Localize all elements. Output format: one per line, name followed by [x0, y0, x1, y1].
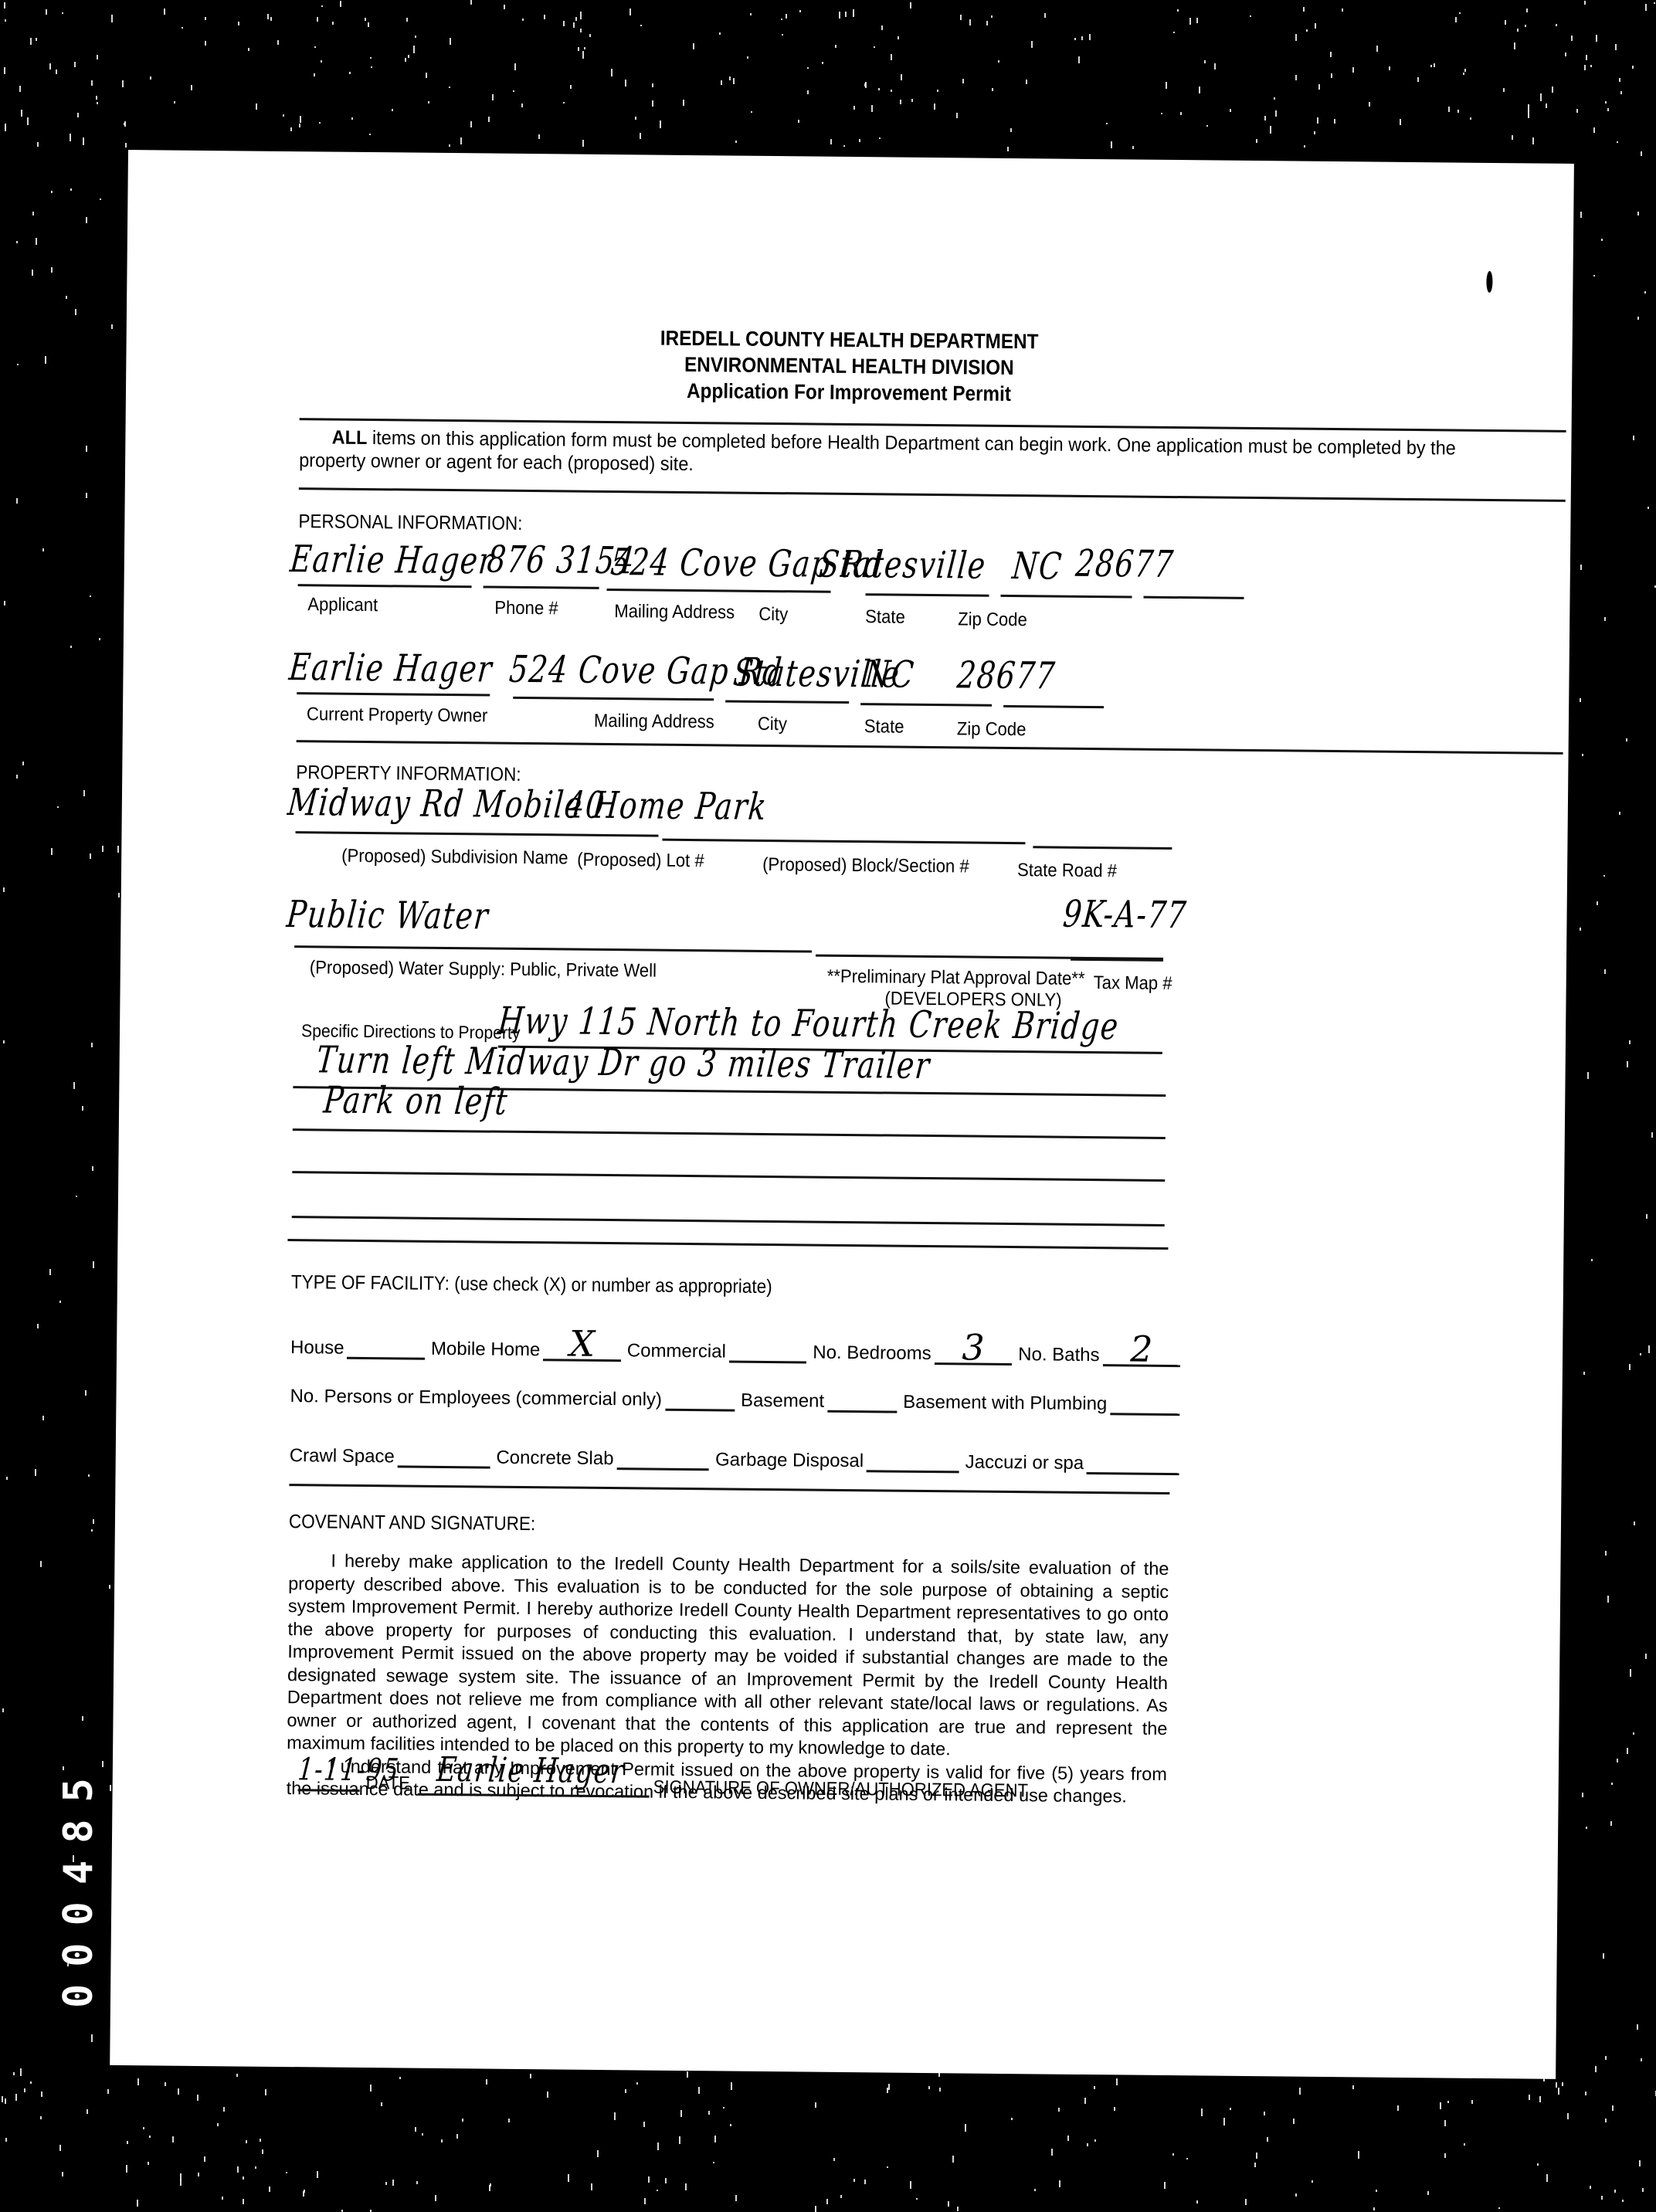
signature-value[interactable]: Earlie Hager [436, 1750, 627, 1791]
divider [289, 1484, 1169, 1494]
directions-rule-5 [292, 1216, 1165, 1226]
owner-zip-value[interactable]: 28677 [955, 653, 1057, 697]
noise-speck [713, 2162, 714, 2163]
noise-speck [881, 25, 883, 30]
facility-blank-field[interactable]: X [543, 1328, 621, 1362]
noise-speck [86, 217, 87, 223]
noise-speck [871, 105, 873, 112]
noise-speck [87, 2109, 88, 2114]
noise-speck [1293, 2119, 1295, 2124]
noise-speck [1447, 2101, 1449, 2103]
noise-speck [191, 85, 192, 90]
noise-speck [644, 2198, 646, 2204]
noise-speck [16, 775, 18, 779]
noise-speck [21, 110, 22, 117]
noise-speck [1087, 2143, 1088, 2146]
noise-speck [1330, 52, 1332, 57]
noise-speck [456, 2134, 458, 2139]
noise-speck [107, 2089, 109, 2093]
noise-speck [62, 12, 63, 14]
noise-speck [1256, 2153, 1257, 2159]
noise-speck [368, 22, 369, 27]
facility-label: No. Baths [1018, 1344, 1100, 1366]
noise-speck [538, 134, 540, 139]
noise-speck [1610, 1821, 1612, 1825]
facility-label: Basement with Plumbing [903, 1392, 1107, 1416]
noise-speck [573, 22, 575, 28]
noise-speck [580, 29, 582, 32]
noise-speck [807, 67, 809, 69]
noise-speck [1632, 66, 1634, 69]
noise-speck [5, 124, 6, 131]
noise-speck [786, 14, 787, 19]
noise-speck [1580, 928, 1581, 931]
subdivision-name-value[interactable]: Midway Rd Mobile Home Park [286, 781, 769, 829]
facility-blank-field[interactable] [729, 1361, 807, 1364]
noise-speck [563, 102, 565, 103]
noise-speck [62, 2172, 63, 2176]
noise-speck [32, 212, 34, 215]
noise-speck [1214, 63, 1216, 70]
document-id-stamp: 000485 [56, 1707, 102, 2062]
noise-speck [1593, 275, 1595, 276]
tax-map-line [1071, 958, 1163, 962]
noise-speck [381, 2102, 382, 2106]
noise-speck [504, 5, 505, 10]
noise-speck [100, 198, 101, 200]
noise-speck [750, 13, 752, 15]
noise-speck [508, 2119, 510, 2122]
owner-name-value[interactable]: Earlie Hager [287, 646, 494, 690]
noise-speck [118, 893, 120, 897]
noise-speck [833, 2158, 835, 2161]
noise-speck [1201, 2109, 1203, 2116]
noise-speck [82, 1106, 83, 1111]
noise-speck [1605, 2056, 1607, 2060]
noise-speck [625, 80, 626, 87]
noise-speck [1264, 116, 1266, 120]
noise-speck [3, 887, 5, 892]
noise-speck [19, 86, 21, 93]
noise-speck [998, 60, 999, 63]
noise-speck [1556, 24, 1557, 26]
noise-speck [399, 2077, 401, 2079]
noise-speck [1648, 1345, 1650, 1352]
noise-speck [2, 2096, 3, 2102]
label-owner-state: State [864, 716, 904, 738]
facility-blank-field[interactable] [398, 1465, 490, 1468]
facility-blank-field[interactable] [1110, 1413, 1179, 1416]
noise-speck [1580, 565, 1582, 571]
noise-speck [243, 2199, 244, 2204]
noise-speck [1583, 1372, 1585, 1375]
noise-speck [1556, 2082, 1557, 2088]
noise-speck [462, 2119, 463, 2122]
facility-blank-field[interactable]: 2 [1102, 1333, 1180, 1367]
noise-speck [735, 2195, 737, 2201]
noise-speck [1011, 2118, 1013, 2119]
noise-speck [570, 85, 572, 89]
noise-speck [40, 1561, 42, 1568]
noise-speck [1503, 88, 1505, 92]
noise-speck [1644, 291, 1646, 294]
noise-speck [88, 1474, 90, 1477]
noise-speck [165, 2082, 166, 2085]
noise-speck [1457, 110, 1459, 113]
noise-speck [1605, 101, 1607, 103]
applicant-state-value[interactable]: NC [1010, 545, 1064, 589]
noise-speck [1590, 65, 1592, 67]
noise-speck [406, 18, 408, 22]
noise-speck [20, 2068, 22, 2076]
facility-blank-field[interactable] [867, 1470, 959, 1473]
label-block-section: (Proposed) Block/Section # [762, 854, 969, 878]
noise-speck [1627, 1061, 1628, 1067]
noise-speck [1512, 135, 1513, 140]
label-state-road: State Road # [1017, 860, 1117, 882]
noise-speck [1448, 107, 1450, 113]
noise-speck [652, 83, 653, 87]
noise-speck [1601, 239, 1603, 241]
applicant-zip-value[interactable]: 28677 [1074, 542, 1176, 586]
noise-speck [582, 51, 584, 59]
noise-speck [900, 100, 901, 104]
noise-speck [1637, 212, 1639, 215]
noise-speck [1223, 2118, 1225, 2125]
noise-speck [1614, 2190, 1616, 2192]
noise-speck [1471, 2100, 1473, 2104]
noise-speck [303, 2191, 304, 2197]
noise-speck [1639, 2160, 1641, 2167]
tax-map-value[interactable]: 9K-A-77 [1061, 893, 1189, 937]
noise-speck [1612, 2105, 1614, 2111]
noise-speck [1596, 35, 1597, 42]
noise-speck [1580, 212, 1582, 217]
noise-speck [435, 2195, 436, 2201]
noise-speck [1591, 1259, 1593, 1261]
noise-speck [1230, 2108, 1231, 2110]
water-supply-line [294, 945, 812, 952]
facility-blank-field[interactable] [616, 1467, 709, 1471]
noise-speck [1637, 2024, 1638, 2030]
owner-state-line [860, 703, 992, 707]
noise-speck [299, 124, 300, 127]
noise-speck [1627, 1748, 1628, 1754]
noise-speck [830, 139, 832, 144]
noise-speck [46, 9, 47, 15]
noise-speck [1630, 1669, 1631, 1677]
label-signature: SIGNATURE OF OWNER/AUTHORIZED AGENT [653, 1777, 1029, 1803]
noise-speck [735, 141, 737, 144]
noise-speck [1633, 1732, 1634, 1735]
noise-speck [256, 103, 257, 110]
noise-speck [1417, 77, 1419, 82]
noise-speck [1593, 127, 1595, 133]
noise-speck [843, 145, 845, 147]
noise-speck [1640, 1353, 1641, 1355]
noise-speck [799, 10, 801, 12]
noise-speck [1074, 38, 1076, 40]
noise-speck [1546, 2174, 1548, 2182]
owner-address-line [513, 697, 714, 701]
noise-speck [1180, 112, 1182, 115]
noise-speck [66, 296, 67, 299]
applicant-city-value[interactable]: Statesville [817, 543, 988, 588]
noise-speck [652, 100, 653, 107]
facility-blank-field[interactable] [665, 1409, 735, 1412]
noise-speck [2, 1708, 4, 1712]
noise-speck [969, 19, 971, 25]
noise-speck [648, 2176, 650, 2183]
noise-speck [938, 2073, 940, 2077]
facility-row-1: HouseMobile HomeXCommercialNo. Bedrooms3… [290, 1325, 1186, 1367]
noise-speck [1567, 2113, 1569, 2119]
noise-speck [97, 102, 98, 105]
covenant-paragraph: I hereby make application to the Iredell… [287, 1549, 1169, 1808]
noise-speck [782, 34, 783, 36]
noise-speck [426, 73, 427, 77]
noise-speck [13, 2072, 15, 2075]
noise-speck [1094, 2086, 1095, 2090]
noise-speck [683, 100, 684, 105]
noise-speck [1514, 42, 1515, 49]
noise-speck [102, 1761, 103, 1767]
noise-speck [1597, 901, 1598, 905]
noise-speck [614, 2112, 616, 2120]
applicant-state-line [1000, 595, 1132, 599]
noise-speck [1645, 4, 1647, 11]
noise-speck [733, 78, 735, 84]
noise-speck [486, 2079, 487, 2085]
noise-speck [1584, 65, 1586, 71]
noise-speck [629, 8, 631, 15]
noise-speck [117, 846, 119, 853]
noise-speck [45, 356, 46, 364]
noise-speck [731, 2082, 732, 2090]
noise-speck [563, 21, 565, 25]
noise-speck [96, 96, 97, 99]
noise-speck [1166, 82, 1167, 89]
noise-speck [255, 2166, 256, 2169]
noise-speck [205, 41, 206, 46]
section-type-of-facility: TYPE OF FACILITY: (use check (X) or numb… [291, 1271, 772, 1298]
noise-speck [1376, 2190, 1377, 2192]
noise-speck [887, 2088, 888, 2093]
noise-speck [1646, 1214, 1648, 1219]
noise-speck [24, 2088, 25, 2092]
noise-speck [1164, 2182, 1166, 2189]
noise-speck [898, 36, 899, 39]
noise-speck [40, 2116, 42, 2120]
noise-speck [1455, 17, 1457, 22]
noise-speck [1590, 2186, 1591, 2189]
noise-speck [441, 2139, 443, 2142]
noise-speck [1651, 1132, 1653, 1138]
lot-number-value[interactable]: 40 [564, 784, 607, 827]
label-lot: (Proposed) Lot # [577, 850, 704, 873]
noise-speck [747, 56, 748, 58]
noise-speck [150, 76, 151, 80]
facility-blank-field[interactable]: 3 [935, 1332, 1013, 1366]
noise-speck [1562, 2082, 1563, 2086]
noise-speck [127, 2141, 128, 2144]
noise-speck [1595, 2066, 1597, 2072]
noise-speck [492, 94, 494, 100]
noise-speck [236, 2074, 238, 2077]
noise-speck [365, 18, 366, 21]
noise-speck [149, 2136, 151, 2138]
noise-speck [1629, 1040, 1631, 1044]
water-supply-value[interactable]: Public Water [285, 893, 491, 938]
label-water-supply: (Proposed) Water Supply: Public, Private… [310, 957, 657, 982]
label-city: City [758, 604, 788, 626]
noise-speck [687, 2071, 688, 2078]
noise-speck [1629, 1364, 1631, 1370]
noise-speck [522, 19, 524, 20]
noise-speck [1010, 128, 1012, 132]
noise-speck [37, 142, 39, 146]
noise-speck [597, 2150, 599, 2157]
facility-blank-field[interactable] [347, 1357, 425, 1360]
facility-label: House [290, 1337, 344, 1359]
noise-speck [1463, 73, 1464, 74]
noise-speck [679, 2136, 680, 2144]
noise-speck [1464, 69, 1466, 72]
noise-speck [77, 113, 79, 117]
noise-speck [1539, 2096, 1541, 2102]
noise-speck [822, 62, 823, 65]
noise-speck [408, 55, 409, 58]
noise-speck [180, 2173, 182, 2180]
noise-speck [49, 1269, 51, 1275]
noise-speck [840, 2195, 842, 2198]
noise-speck [582, 140, 584, 147]
noise-speck [1186, 2158, 1188, 2159]
noise-speck [1459, 12, 1461, 15]
noise-speck [986, 21, 988, 26]
noise-speck [143, 2127, 144, 2129]
noise-speck [878, 88, 880, 91]
noise-speck [16, 241, 18, 244]
noise-speck [76, 1196, 77, 1197]
noise-speck [729, 76, 731, 80]
noise-speck [1132, 146, 1134, 149]
noise-speck [489, 2185, 490, 2191]
noise-speck [248, 48, 249, 51]
noise-speck [422, 2133, 423, 2136]
noise-speck [300, 116, 301, 123]
noise-speck [815, 2102, 816, 2108]
noise-speck [1619, 78, 1620, 82]
noise-speck [685, 2183, 687, 2190]
noise-speck [319, 122, 321, 124]
noise-speck [321, 5, 323, 7]
noise-speck [172, 2136, 174, 2142]
noise-speck [246, 2140, 247, 2143]
label-zip: Zip Code [958, 609, 1027, 631]
noise-speck [1352, 67, 1354, 72]
noise-speck [4, 2, 5, 8]
noise-speck [1400, 119, 1401, 125]
noise-speck [853, 2179, 855, 2183]
noise-speck [449, 87, 450, 88]
directions-line-3[interactable]: Park on left [322, 1079, 511, 1124]
noise-speck [1373, 2207, 1375, 2210]
noise-speck [1116, 2078, 1118, 2085]
noise-speck [853, 9, 854, 16]
noise-speck [1642, 2188, 1644, 2192]
noise-speck [93, 1261, 94, 1268]
noise-speck [698, 2087, 700, 2094]
owner-state-value[interactable]: NC [863, 653, 917, 697]
noise-speck [521, 103, 523, 107]
noise-speck [1622, 2200, 1624, 2202]
noise-speck [575, 17, 577, 22]
noise-speck [891, 90, 892, 91]
noise-speck [891, 54, 892, 61]
noise-speck [1611, 1783, 1613, 1786]
noise-speck [839, 12, 840, 19]
noise-speck [1059, 2180, 1060, 2187]
facility-blank-field[interactable] [1087, 1472, 1179, 1475]
facility-blank-field[interactable] [827, 1410, 897, 1413]
noise-speck [636, 2082, 638, 2085]
noise-speck [928, 2086, 930, 2089]
permit-application-page: IREDELL COUNTY HEALTH DEPARTMENT ENVIRON… [110, 150, 1574, 2079]
noise-speck [1389, 66, 1390, 71]
noise-speck [1434, 63, 1435, 67]
noise-speck [59, 2145, 61, 2151]
noise-speck [349, 72, 351, 74]
noise-speck [1106, 123, 1108, 124]
noise-speck [51, 848, 53, 854]
noise-speck [864, 2180, 866, 2184]
noise-speck [5, 19, 6, 22]
noise-speck [110, 1785, 111, 1791]
noise-speck [83, 790, 85, 796]
noise-speck [223, 2107, 225, 2112]
applicant-name-value[interactable]: Earlie Hager [288, 538, 495, 582]
noise-speck [449, 144, 450, 147]
noise-speck [6, 1477, 8, 1480]
applicant-zip-line [1143, 596, 1244, 599]
noise-speck [470, 121, 472, 127]
noise-speck [73, 1082, 75, 1088]
noise-speck [991, 15, 993, 18]
facility-label: No. Persons or Employees (commercial onl… [290, 1386, 662, 1411]
noise-speck [1601, 2196, 1603, 2200]
noise-speck [911, 99, 913, 102]
noise-speck [1586, 1827, 1587, 1829]
noise-speck [27, 117, 29, 125]
noise-speck [75, 309, 76, 315]
noise-speck [137, 2078, 139, 2085]
block-section-line [662, 839, 1025, 845]
noise-speck [1397, 2105, 1399, 2111]
noise-speck [1430, 65, 1432, 67]
noise-speck [1620, 91, 1622, 94]
noise-speck [1626, 738, 1627, 742]
noise-speck [92, 1166, 93, 1171]
noise-speck [714, 2136, 716, 2142]
noise-speck [1067, 2136, 1069, 2141]
noise-speck [859, 139, 860, 142]
noise-speck [57, 806, 59, 809]
noise-speck [97, 55, 98, 59]
noise-speck [611, 69, 613, 76]
noise-speck [30, 2081, 32, 2084]
noise-speck [1230, 109, 1231, 112]
